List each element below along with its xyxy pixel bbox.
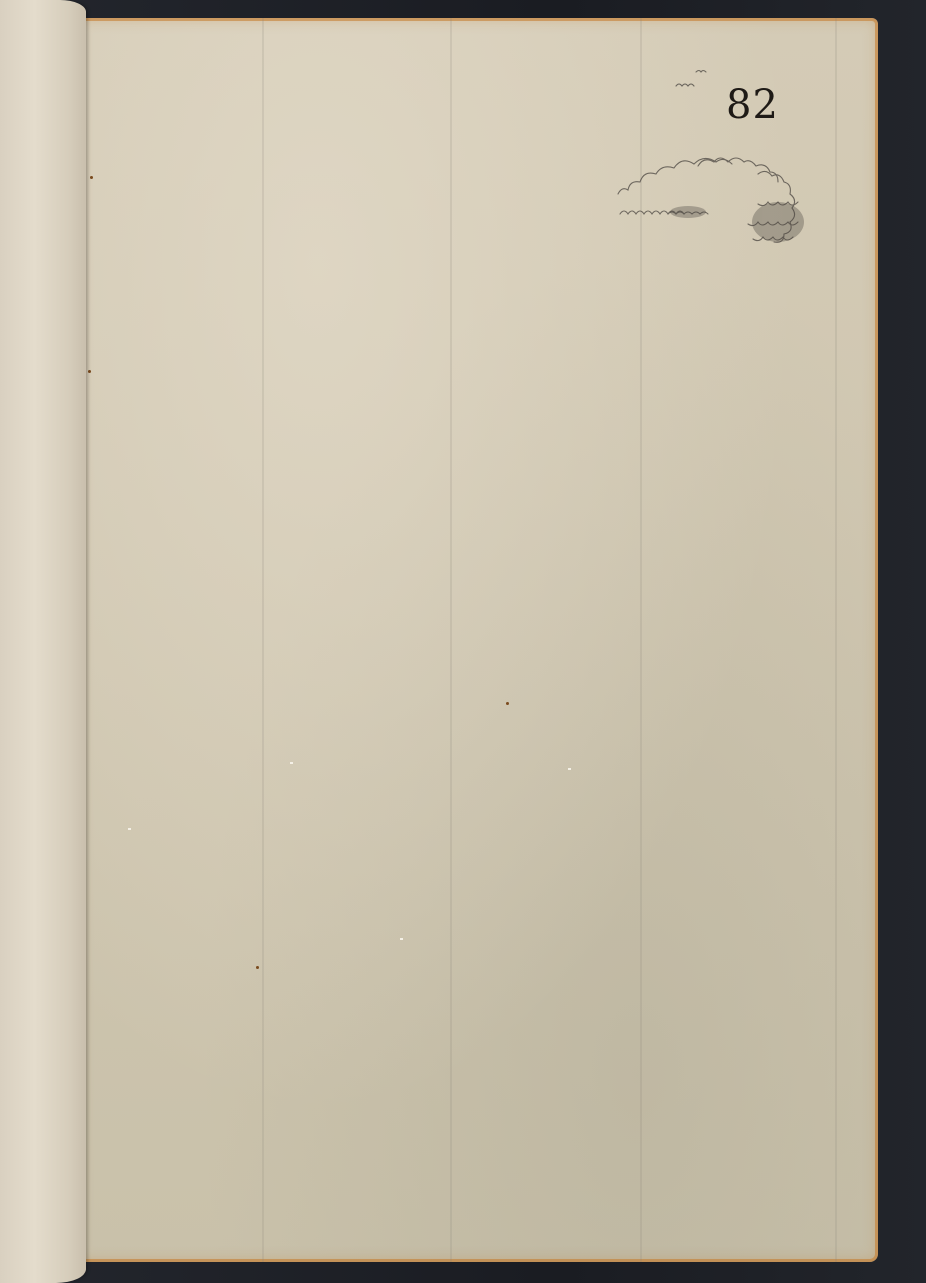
left-page-edge bbox=[0, 0, 86, 1283]
paper-fleck bbox=[400, 938, 403, 940]
chain-line bbox=[262, 18, 264, 1262]
page-number: 82 bbox=[726, 82, 779, 128]
paper-fleck bbox=[290, 762, 293, 764]
foxing-spot bbox=[506, 702, 509, 705]
foxing-spot bbox=[90, 176, 93, 179]
foxing-spot bbox=[256, 966, 259, 969]
paper-fleck bbox=[128, 828, 131, 830]
chain-line bbox=[450, 18, 452, 1262]
paper-fleck bbox=[568, 768, 571, 770]
foxing-spot bbox=[88, 370, 91, 373]
manuscript-page: 82 bbox=[78, 18, 878, 1262]
